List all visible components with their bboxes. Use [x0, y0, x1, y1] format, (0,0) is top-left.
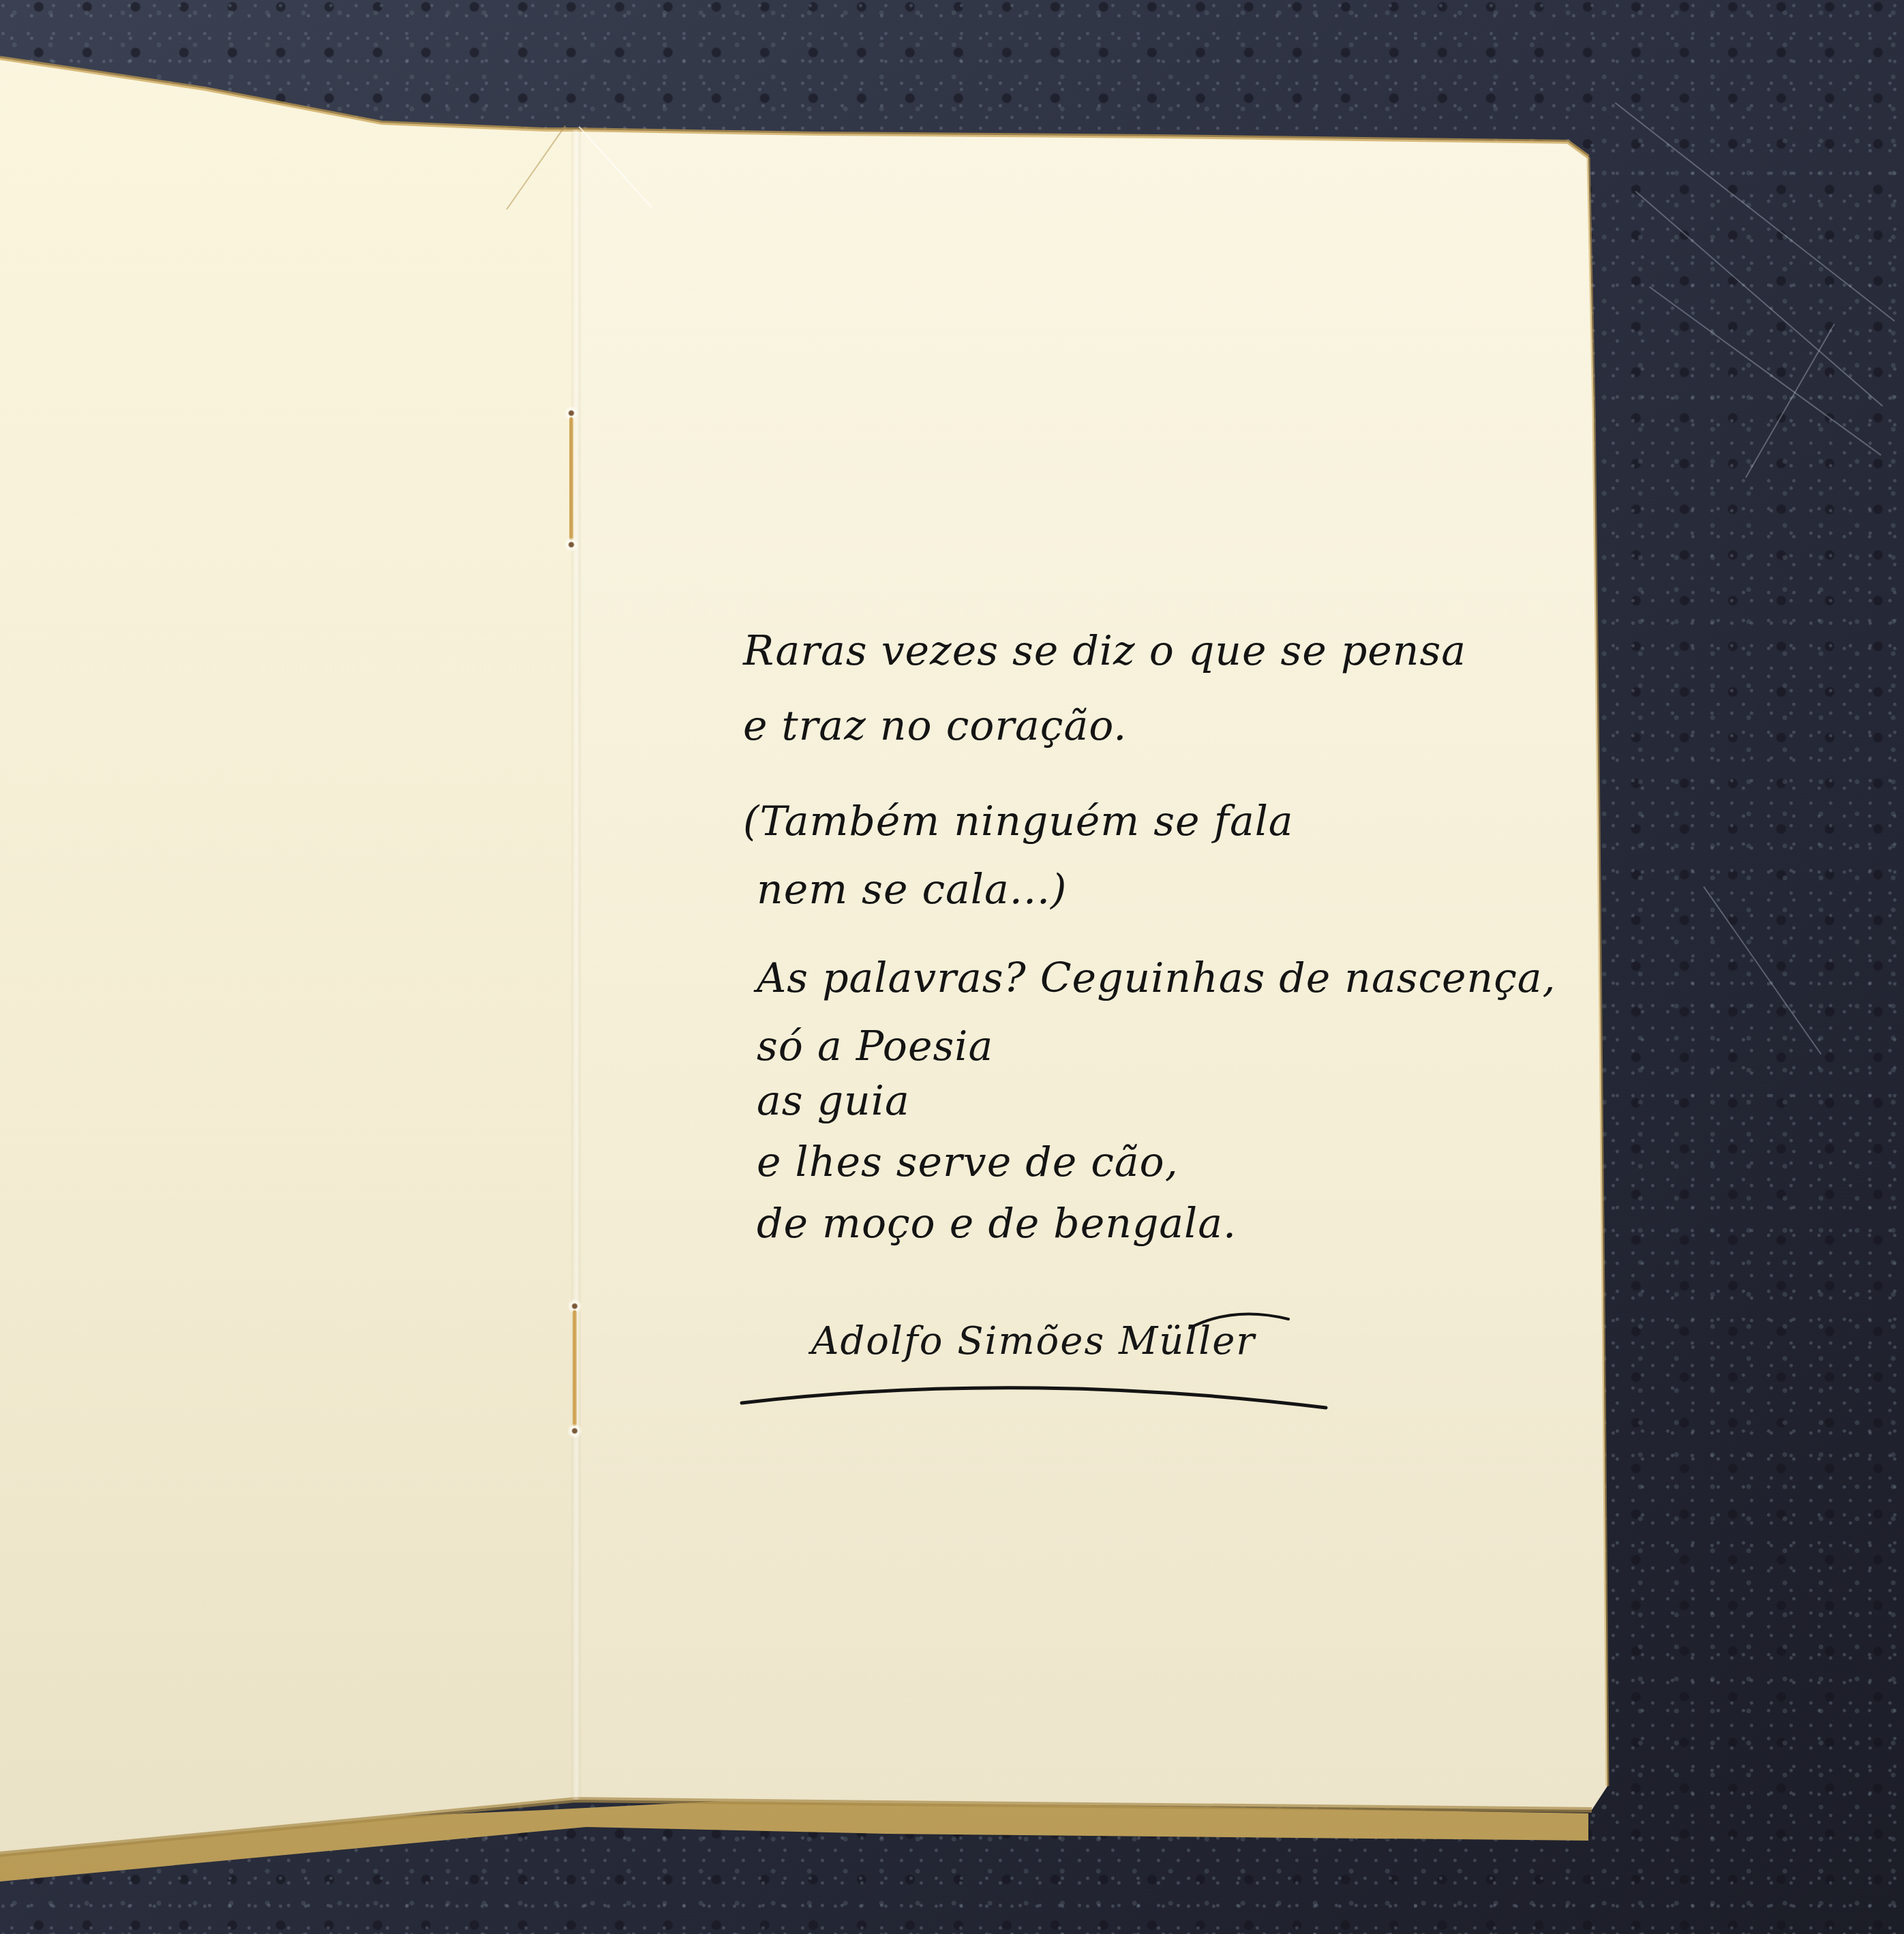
poem-line: nem se cala...): [757, 866, 1067, 913]
poem-line: só a Poesia: [757, 1023, 993, 1070]
poem-line: e lhes serve de cão,: [757, 1138, 1179, 1186]
stitch-hole: [564, 537, 579, 552]
poem-line: as guia: [757, 1077, 910, 1125]
poem-line: e traz no coração.: [743, 702, 1127, 750]
poem-line: de moço e de bengala.: [757, 1200, 1237, 1248]
binding-fold: [571, 130, 581, 1800]
stitch-hole: [567, 1423, 582, 1438]
binding-stitch-bottom: [573, 1310, 577, 1426]
poem-line: As palavras? Ceguinhas de nascença,: [757, 954, 1556, 1002]
binding-stitch-top: [569, 417, 573, 540]
poem-line: (Também ninguém se fala: [743, 798, 1294, 845]
author-signature: Adolfo Simões Müller: [811, 1319, 1256, 1363]
poem-line: Raras vezes se diz o que se pensa: [743, 627, 1466, 675]
